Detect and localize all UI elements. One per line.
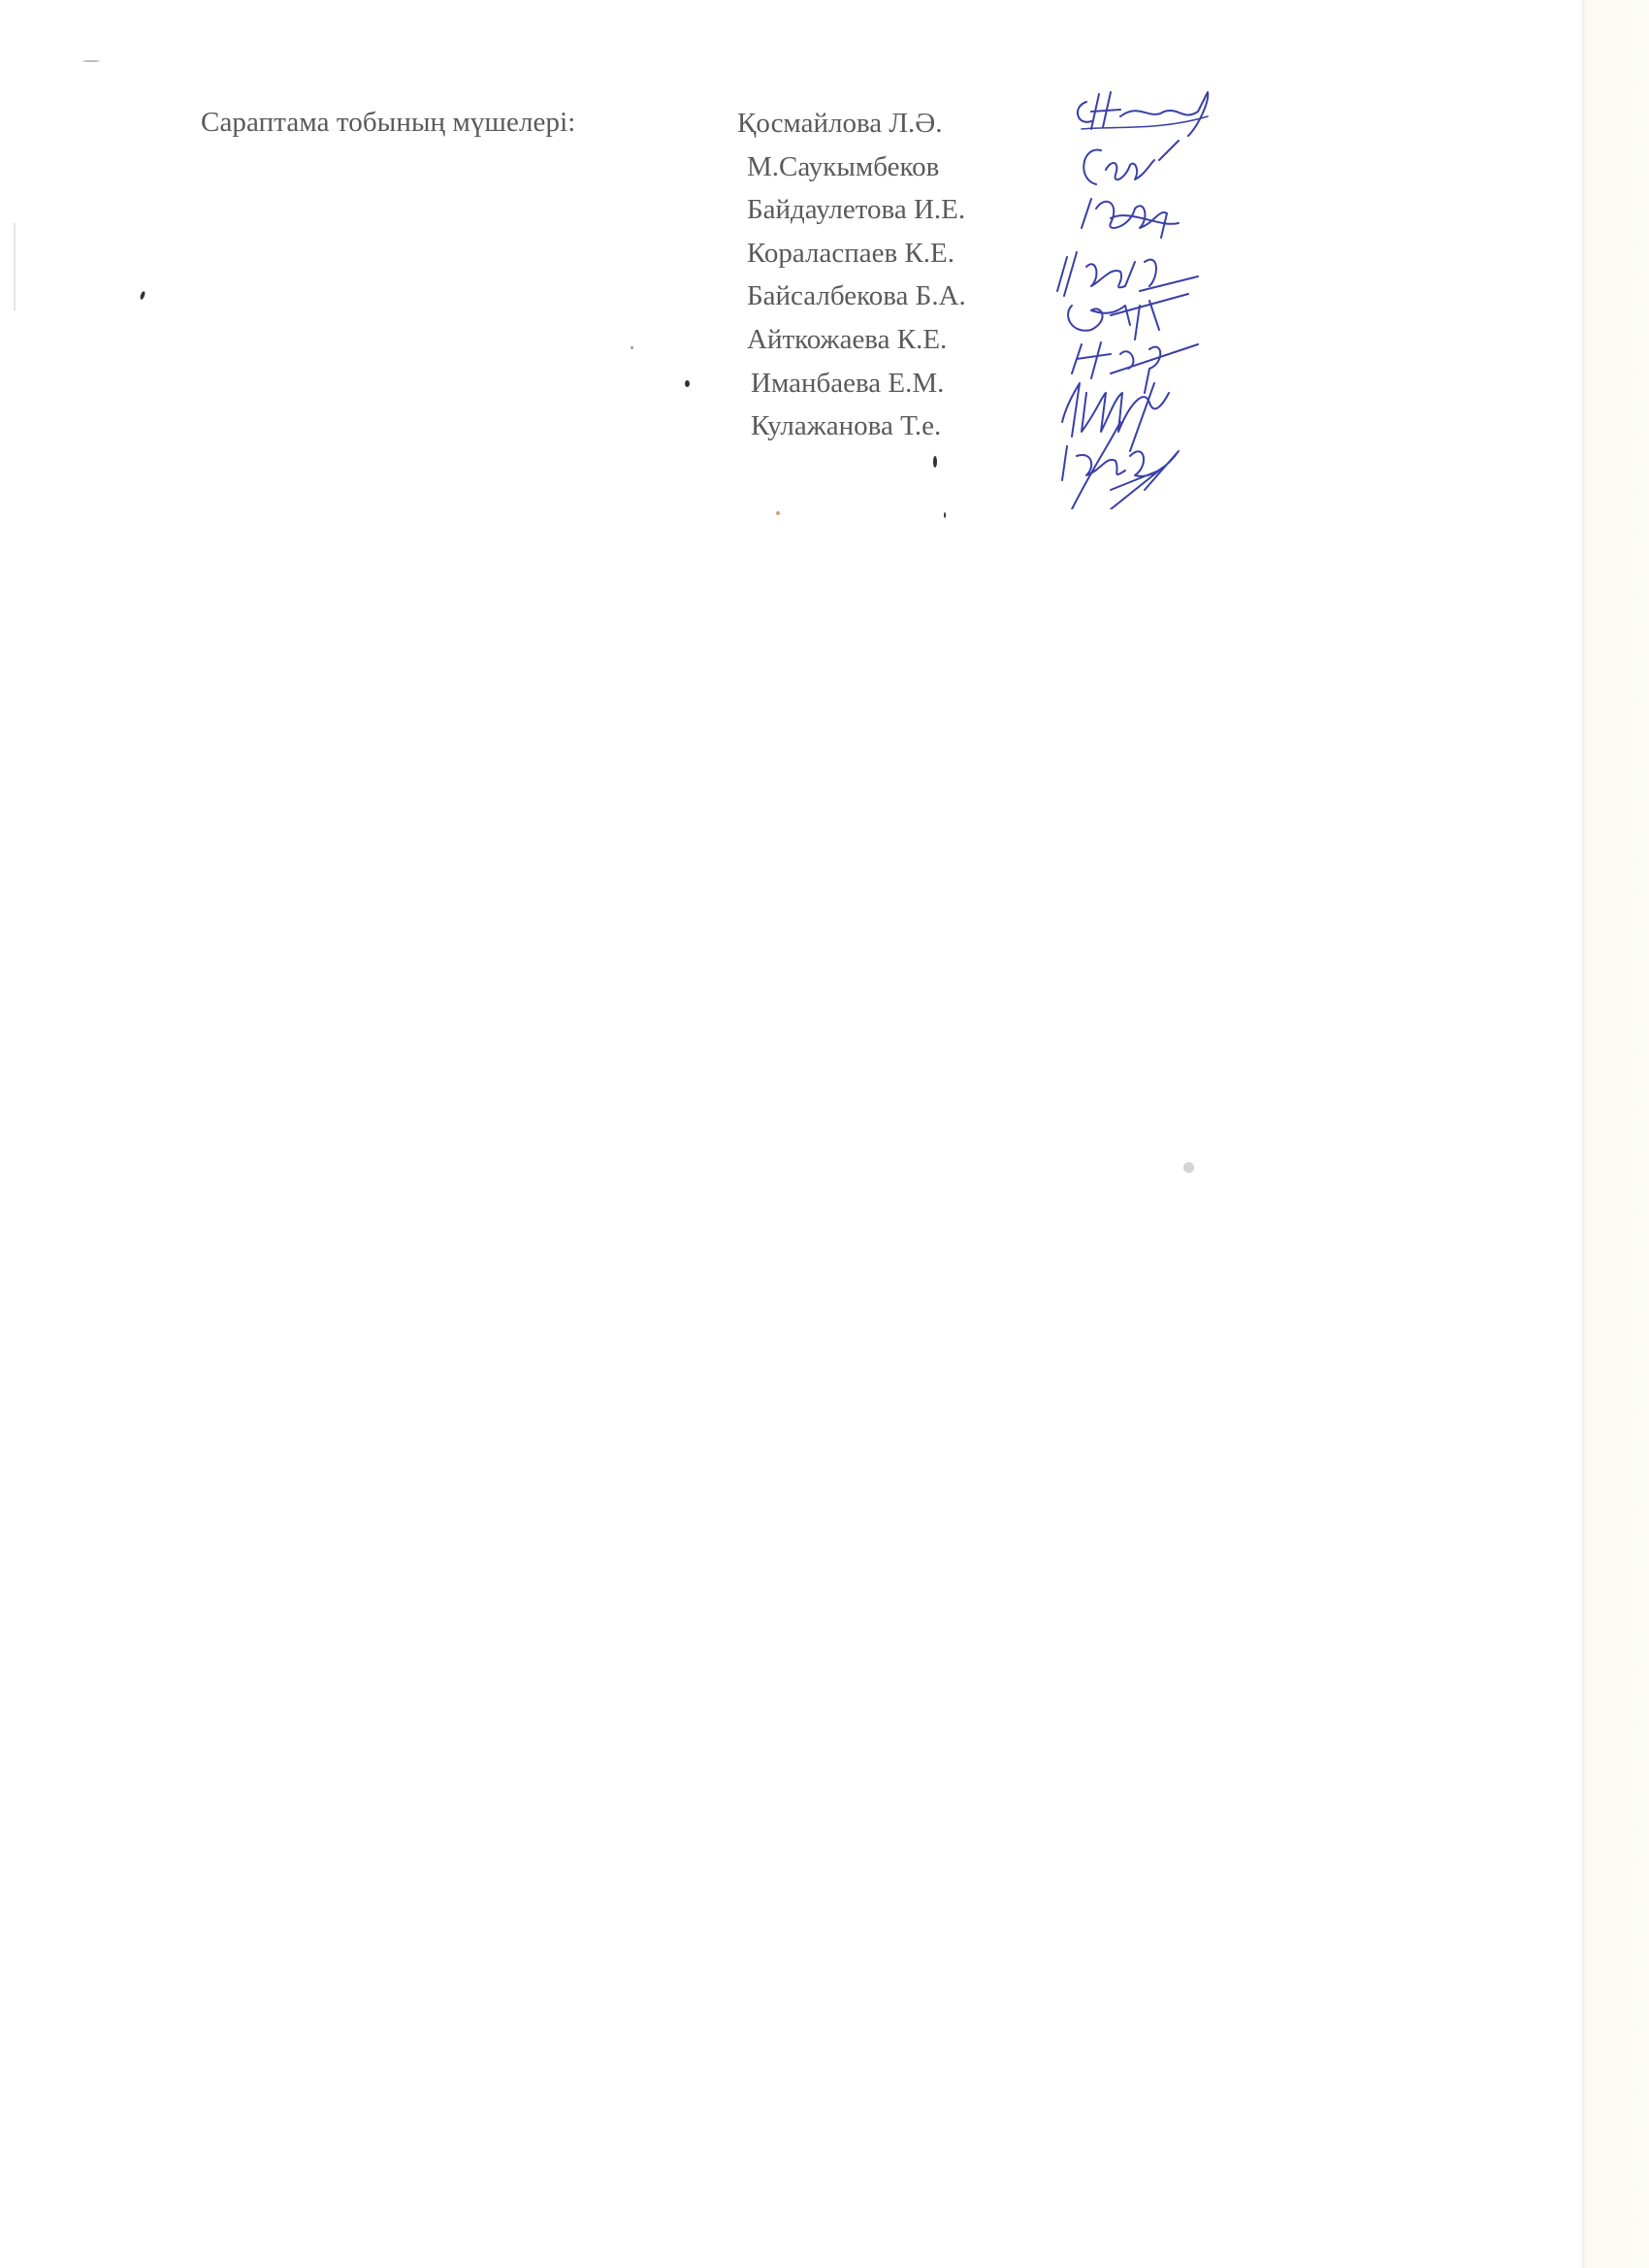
member-name: М.Саукымбеков xyxy=(737,146,966,189)
scan-speck xyxy=(14,223,16,310)
member-name: Кулажанова Т.е. xyxy=(737,405,966,448)
scan-speck xyxy=(630,346,633,349)
member-name: Байсалбекова Б.А. xyxy=(737,275,966,318)
scan-speck xyxy=(140,291,146,301)
scan-speck xyxy=(1183,1162,1194,1173)
member-name: Қосмайлова Л.Ә. xyxy=(737,102,966,146)
scan-edge-band xyxy=(1582,0,1649,2268)
scan-speck xyxy=(82,60,100,62)
member-name: Кораласпаев К.Е. xyxy=(737,232,966,275)
scan-speck xyxy=(776,511,780,515)
member-name: Айткожаева К.Е. xyxy=(737,318,966,362)
members-list: Қосмайлова Л.Ә. М.Саукымбеков Байдаулето… xyxy=(737,102,966,448)
member-name: Байдаулетова И.Е. xyxy=(737,188,966,232)
scan-speck xyxy=(933,456,937,468)
expert-group-label: Сараптама тобының мүшелері: xyxy=(201,107,575,139)
scan-speck xyxy=(685,380,690,387)
member-name: Иманбаева Е.М. xyxy=(737,362,966,405)
signatures-graphic xyxy=(1052,82,1285,509)
scan-speck xyxy=(944,512,946,518)
